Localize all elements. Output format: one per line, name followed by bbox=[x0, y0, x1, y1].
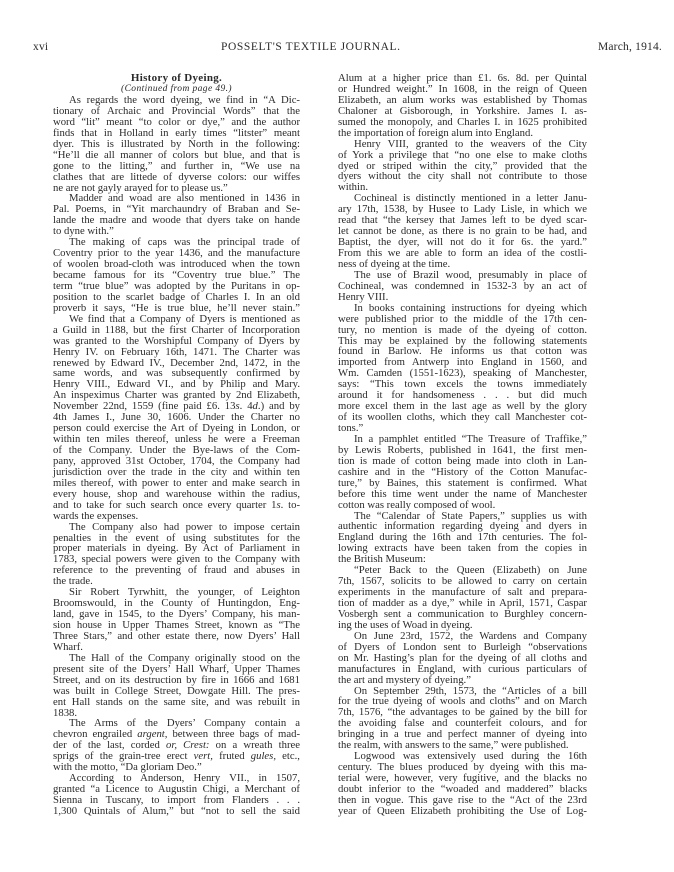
page-number: xvi bbox=[33, 41, 48, 53]
text-line: wards the expenses. bbox=[53, 511, 300, 522]
left-column: History of Dyeing. (Continued from page … bbox=[53, 73, 300, 817]
text-line: was built in College Street, Dowgate Hil… bbox=[53, 686, 300, 697]
text-line: year of Queen Elizabeth prohibiting the … bbox=[338, 806, 587, 817]
text-line: and to take for such search once every q… bbox=[53, 500, 300, 511]
text-line: were published prior to the middle of th… bbox=[338, 314, 587, 325]
text-line: cotton was really composed of wool. bbox=[338, 500, 587, 511]
text-line: tury, no mention is made of the dyeing o… bbox=[338, 325, 587, 336]
text-line: was granted to the Worshipful Company of… bbox=[53, 336, 300, 347]
text-line: of York a privilege that “no one else to… bbox=[338, 150, 587, 161]
text-line: dyers without the city shall not contrib… bbox=[338, 171, 587, 182]
text-line: gone to the litting,” and further in, “W… bbox=[53, 161, 300, 172]
text-line: “He’ll die all manner of colors but blue… bbox=[53, 150, 300, 161]
text-line: The Company also had power to impose cer… bbox=[53, 522, 300, 533]
text-line: the art and mystery of dyeing.” bbox=[338, 675, 587, 686]
article-title: History of Dyeing. bbox=[53, 73, 300, 84]
text-line: before this time went under the name of … bbox=[338, 489, 587, 500]
text-line: ent Hall stands on the same site, and wa… bbox=[53, 697, 300, 708]
text-line: Three Stars,” and other estate there, no… bbox=[53, 631, 300, 642]
text-line: the importation of foreign alum into Eng… bbox=[338, 128, 587, 139]
text-line: manufactures in England, with curious pa… bbox=[338, 664, 587, 675]
text-line: In books containing instructions for dye… bbox=[338, 303, 587, 314]
text-line: of its woollen cloths, which they call M… bbox=[338, 412, 587, 423]
right-column: Alum at a higher price than £1. 6s. 8d. … bbox=[338, 73, 587, 817]
text-line: Henry IV. on February 16th, 1471. The Ch… bbox=[53, 347, 300, 358]
text-line: ture,” by Baines, this statement is conf… bbox=[338, 478, 587, 489]
text-line: clathes that are littede of dyverse colo… bbox=[53, 172, 300, 183]
text-line: Henry VIII, granted to the weavers of th… bbox=[338, 139, 587, 150]
text-line: a Guild in 1188, but the first Charter o… bbox=[53, 325, 300, 336]
journal-title: POSSELT'S TEXTILE JOURNAL. bbox=[221, 41, 401, 53]
issue-date: March, 1914. bbox=[598, 41, 662, 53]
text-line: 1,300 Quintals of Alum,” but “not to sel… bbox=[53, 806, 300, 817]
text-line: Street, and on its destruction by fire i… bbox=[53, 675, 300, 686]
text-line: on Mr. Hasting’s plan for the dyeing of … bbox=[338, 653, 587, 664]
running-header: xvi POSSELT'S TEXTILE JOURNAL. March, 19… bbox=[33, 41, 662, 55]
